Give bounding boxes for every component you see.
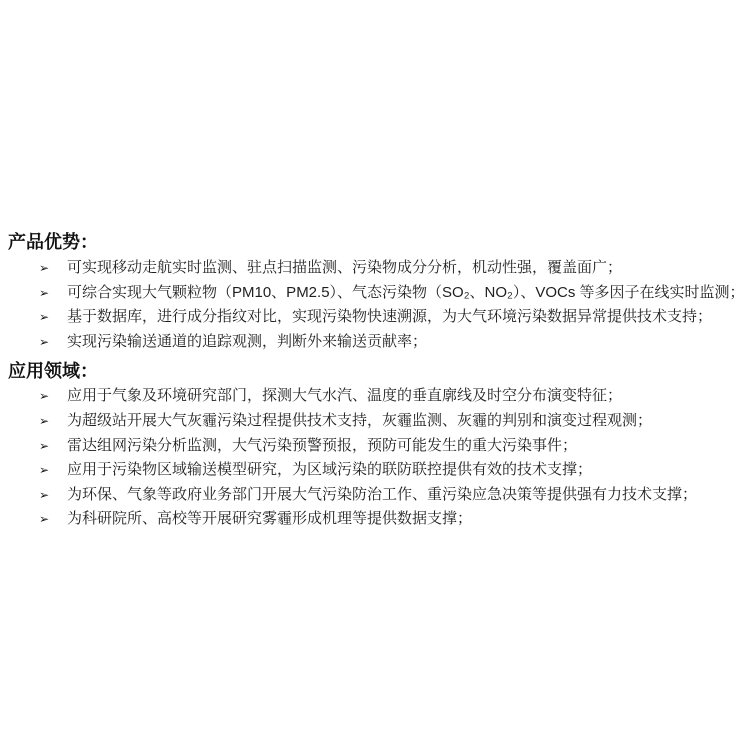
bullet-text: 为环保、气象等政府业务部门开展大气污染防治工作、重污染应急决策等提供强有力技术支…: [67, 486, 697, 503]
bullet-text: 为超级站开展大气灰霾污染过程提供技术支持，灰霾监测、灰霾的判别和演变过程观测；: [67, 412, 652, 429]
arrow-bullet-icon: ➢: [39, 281, 49, 306]
arrow-bullet-icon: ➢: [39, 434, 49, 459]
bullet-text: 雷达组网污染分析监测，大气污染预警预报，预防可能发生的重大污染事件；: [67, 437, 577, 454]
bullet-text: 实现污染输送通道的追踪观测，判断外来输送贡献率；: [67, 333, 427, 350]
list-item: ➢ 可综合实现大气颗粒物（PM10、PM2.5）、气态污染物（SO₂、NO₂）、…: [8, 281, 748, 306]
list-item: ➢ 雷达组网污染分析监测，大气污染预警预报，预防可能发生的重大污染事件；: [8, 434, 748, 459]
arrow-bullet-icon: ➢: [39, 458, 49, 483]
list-item: ➢ 为环保、气象等政府业务部门开展大气污染防治工作、重污染应急决策等提供强有力技…: [8, 483, 748, 508]
application-fields-list: ➢ 应用于气象及环境研究部门，探测大气水汽、温度的垂直廓线及时空分布演变特征； …: [8, 384, 748, 532]
arrow-bullet-icon: ➢: [39, 305, 49, 330]
product-advantages-list: ➢ 可实现移动走航实时监测、驻点扫描监测、污染物成分分析，机动性强，覆盖面广； …: [8, 256, 748, 354]
list-item: ➢ 为超级站开展大气灰霾污染过程提供技术支持，灰霾监测、灰霾的判别和演变过程观测…: [8, 409, 748, 434]
arrow-bullet-icon: ➢: [39, 409, 49, 434]
bullet-text: 可实现移动走航实时监测、驻点扫描监测、污染物成分分析，机动性强，覆盖面广；: [67, 259, 622, 276]
section-heading-product-advantages: 产品优势：: [8, 231, 748, 253]
bullet-text: 可综合实现大气颗粒物（PM10、PM2.5）、气态污染物（SO₂、NO₂）、VO…: [67, 284, 745, 301]
section-application-fields: 应用领域： ➢ 应用于气象及环境研究部门，探测大气水汽、温度的垂直廓线及时空分布…: [8, 360, 748, 532]
arrow-bullet-icon: ➢: [39, 384, 49, 409]
document-page: 产品优势： ➢ 可实现移动走航实时监测、驻点扫描监测、污染物成分分析，机动性强，…: [0, 0, 750, 750]
list-item: ➢ 为科研院所、高校等开展研究雾霾形成机理等提供数据支撑；: [8, 507, 748, 532]
list-item: ➢ 基于数据库，进行成分指纹对比，实现污染物快速溯源，为大气环境污染数据异常提供…: [8, 305, 748, 330]
section-product-advantages: 产品优势： ➢ 可实现移动走航实时监测、驻点扫描监测、污染物成分分析，机动性强，…: [8, 231, 748, 354]
list-item: ➢ 可实现移动走航实时监测、驻点扫描监测、污染物成分分析，机动性强，覆盖面广；: [8, 256, 748, 281]
bullet-text: 应用于气象及环境研究部门，探测大气水汽、温度的垂直廓线及时空分布演变特征；: [67, 387, 622, 404]
arrow-bullet-icon: ➢: [39, 507, 49, 532]
arrow-bullet-icon: ➢: [39, 483, 49, 508]
bullet-text: 应用于污染物区域输送模型研究，为区域污染的联防联控提供有效的技术支撑；: [67, 461, 592, 478]
list-item: ➢ 实现污染输送通道的追踪观测，判断外来输送贡献率；: [8, 330, 748, 355]
list-item: ➢ 应用于污染物区域输送模型研究，为区域污染的联防联控提供有效的技术支撑；: [8, 458, 748, 483]
bullet-text: 基于数据库，进行成分指纹对比，实现污染物快速溯源，为大气环境污染数据异常提供技术…: [67, 308, 712, 325]
section-heading-application-fields: 应用领域：: [8, 360, 748, 382]
arrow-bullet-icon: ➢: [39, 256, 49, 281]
list-item: ➢ 应用于气象及环境研究部门，探测大气水汽、温度的垂直廓线及时空分布演变特征；: [8, 384, 748, 409]
document-content: 产品优势： ➢ 可实现移动走航实时监测、驻点扫描监测、污染物成分分析，机动性强，…: [8, 231, 748, 532]
arrow-bullet-icon: ➢: [39, 330, 49, 355]
bullet-text: 为科研院所、高校等开展研究雾霾形成机理等提供数据支撑；: [67, 510, 472, 527]
